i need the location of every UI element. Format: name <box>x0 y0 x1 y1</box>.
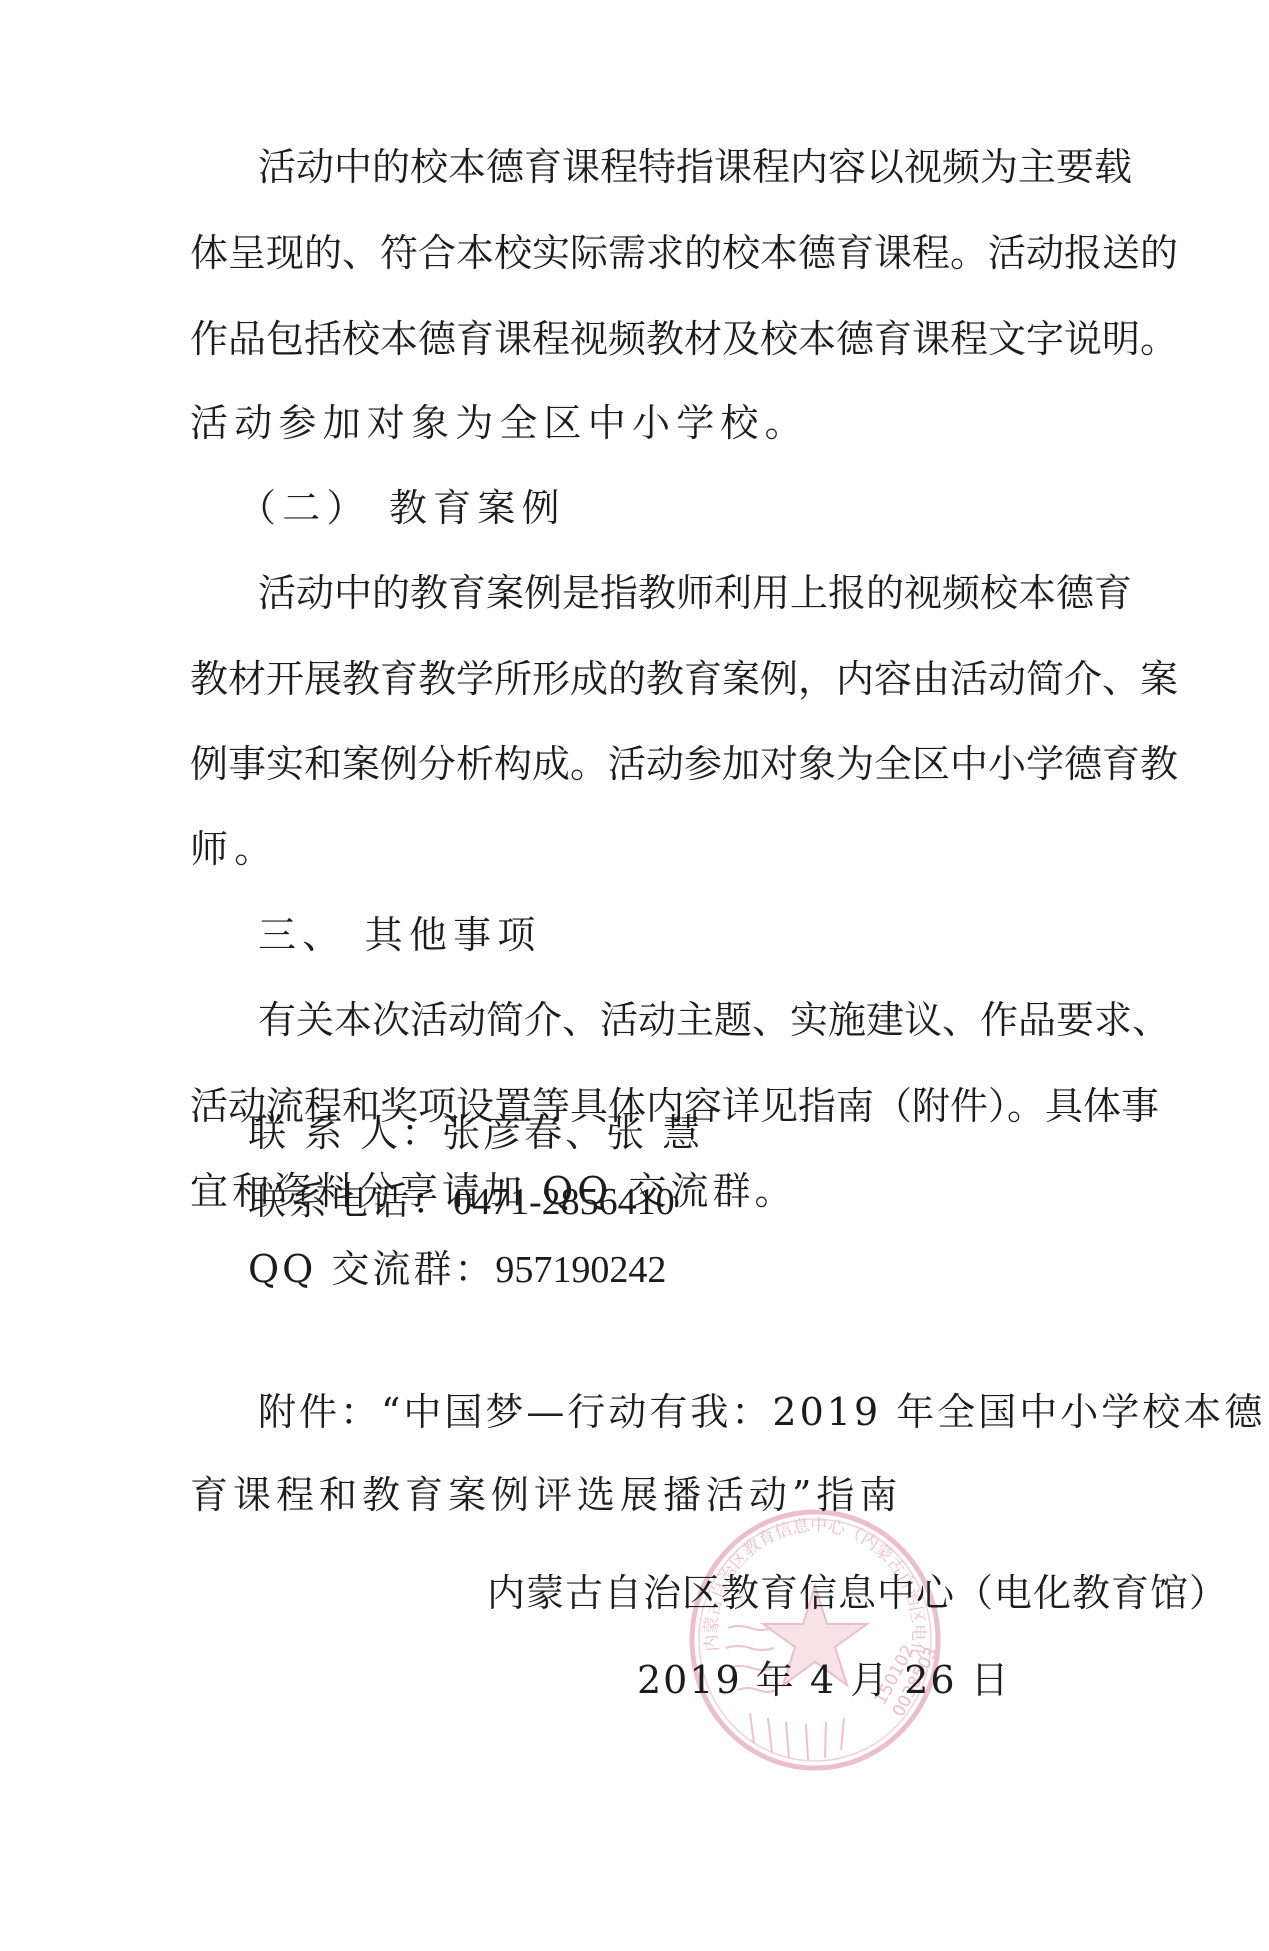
paragraph-line: 体呈现的、符合本校实际需求的校本德育课程。活动报送的 <box>190 230 1095 276</box>
contact-phone-label: 联系电话： <box>248 1179 453 1223</box>
paragraph-line: 师。 <box>190 826 1095 872</box>
contact-phone-value: 0471-2856410 <box>453 1181 675 1223</box>
attachment-line: 附件：“中国梦—行动有我：2019 年全国中小学校本德 <box>258 1389 1095 1435</box>
paragraph-line: 活动中的教育案例是指教师利用上报的视频校本德育 <box>258 570 1095 616</box>
document-page: 内蒙古自治区教育信息中心（内蒙古自治区电化教育馆） 150102 0038503… <box>0 0 1269 1951</box>
paragraph-line: 有关本次活动简介、活动主题、实施建议、作品要求、 <box>258 997 1095 1043</box>
contact-person-label: 联 系 人： <box>248 1111 442 1155</box>
paragraph-line: 教材开展教育教学所形成的教育案例，内容由活动简介、案 <box>190 656 1095 702</box>
paragraph-line: 活动参加对象为全区中小学校。 <box>190 400 1095 446</box>
attachment-line: 育课程和教育案例评选展播活动”指南 <box>190 1472 1095 1518</box>
section-heading-other-matters: 三、 其他事项 <box>258 912 541 958</box>
contact-person-row: 联 系 人：张彦春、张 慧 <box>248 1110 703 1156</box>
signature-date: 2019 年 4 月 26 日 <box>637 1657 1011 1703</box>
paragraph-line: 作品包括校本德育课程视频教材及校本德育课程文字说明。 <box>190 316 1095 362</box>
contact-qq-label: QQ 交流群： <box>248 1247 495 1291</box>
paragraph-line: 活动中的校本德育课程特指课程内容以视频为主要载 <box>258 144 1095 190</box>
section-heading-education-case: （二） 教育案例 <box>238 485 566 531</box>
contact-qq-row: QQ 交流群：957190242 <box>248 1246 666 1292</box>
paragraph-line: 例事实和案例分析构成。活动参加对象为全区中小学德育教 <box>190 741 1095 787</box>
signature-organization: 内蒙古自治区教育信息中心（电化教育馆） <box>487 1570 1228 1616</box>
contact-phone-row: 联系电话：0471-2856410 <box>248 1178 675 1224</box>
contact-person-value: 张彦春、张 慧 <box>442 1111 703 1155</box>
contact-qq-value: 957190242 <box>495 1249 666 1291</box>
